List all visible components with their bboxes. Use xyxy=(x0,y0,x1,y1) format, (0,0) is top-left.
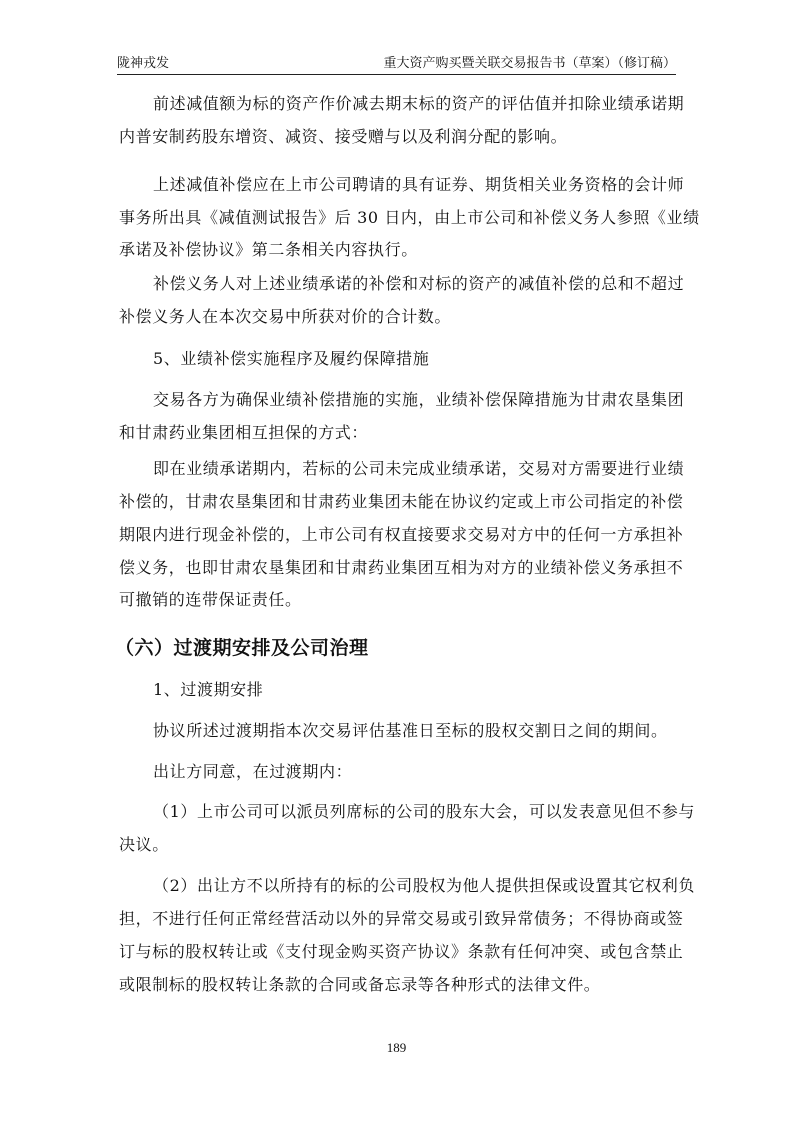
paragraph-5-line-5: 可撤销的连带保证责任。 xyxy=(119,590,675,610)
paragraph-1-line-1: 前述减值额为标的资产作价减去期末标的资产的评估值并扣除业绩承诺期 xyxy=(153,94,675,114)
paragraph-3-line-1: 补偿义务人对上述业绩承诺的补偿和对标的资产的减值补偿的总和不超过 xyxy=(153,274,675,294)
header-document-title: 重大资产购买暨关联交易报告书（草案）（修订稿） xyxy=(383,56,676,72)
clause-2-line-1: （2）出让方不以所持有的标的公司股权为他人提供担保或设置其它权利负 xyxy=(153,876,675,896)
paragraph-2-line-1: 上述减值补偿应在上市公司聘请的具有证券、期货相关业务资格的会计师 xyxy=(153,175,675,195)
paragraph-2-line-3: 承诺及补偿协议》第二条相关内容执行。 xyxy=(119,240,675,260)
clause-1-line-2: 决议。 xyxy=(119,835,675,855)
clause-1-line-1: （1）上市公司可以派员列席标的公司的股东大会，可以发表意见但不参与 xyxy=(153,802,675,822)
clause-2-line-2: 担，不进行任何正常经营活动以外的异常交易或引致异常债务；不得协商或签 xyxy=(119,909,675,929)
paragraph-4-line-2: 和甘肃药业集团相互担保的方式： xyxy=(119,423,675,443)
paragraph-5-line-2: 补偿的，甘肃农垦集团和甘肃药业集团未能在协议约定或上市公司指定的补偿 xyxy=(119,492,675,512)
paragraph-5-line-3: 期限内进行现金补偿的，上市公司有权直接要求交易对方中的任何一方承担补 xyxy=(119,525,675,545)
page-header: 陇神戎发 重大资产购买暨关联交易报告书（草案）（修订稿） xyxy=(117,56,676,75)
paragraph-1-line-2: 内普安制药股东增资、减资、接受赠与以及利润分配的影响。 xyxy=(119,127,675,147)
paragraph-2-line-2: 事务所出具《减值测试报告》后 30 日内，由上市公司和补偿义务人参照《业绩 xyxy=(119,208,675,228)
clause-2-line-4: 或限制标的股权转让条款的合同或备忘录等各种形式的法律文件。 xyxy=(119,975,675,995)
section-heading: （六）过渡期安排及公司治理 xyxy=(115,636,369,660)
clause-2-line-3: 订与标的股权转让或《支付现金购买资产协议》条款有任何冲突、或包含禁止 xyxy=(119,942,675,962)
header-company-name: 陇神戎发 xyxy=(117,56,169,72)
paragraph-5-line-4: 偿义务，也即甘肃农垦集团和甘肃药业集团互相为对方的业绩补偿义务承担不 xyxy=(119,558,675,578)
paragraph-4-line-1: 交易各方为确保业绩补偿措施的实施，业绩补偿保障措施为甘肃农垦集团 xyxy=(153,390,675,410)
page-number: 189 xyxy=(0,1040,793,1056)
paragraph-3-line-2: 补偿义务人在本次交易中所获对价的合计数。 xyxy=(119,307,675,327)
subheading-item-5: 5、业绩补偿实施程序及履约保障措施 xyxy=(153,349,675,369)
paragraph-6-line-1: 协议所述过渡期指本次交易评估基准日至标的股权交割日之间的期间。 xyxy=(153,721,675,741)
subheading-item-1: 1、过渡期安排 xyxy=(153,680,675,700)
paragraph-7-line-1: 出让方同意，在过渡期内： xyxy=(153,762,675,782)
paragraph-5-line-1: 即在业绩承诺期内，若标的公司未完成业绩承诺，交易对方需要进行业绩 xyxy=(153,459,675,479)
